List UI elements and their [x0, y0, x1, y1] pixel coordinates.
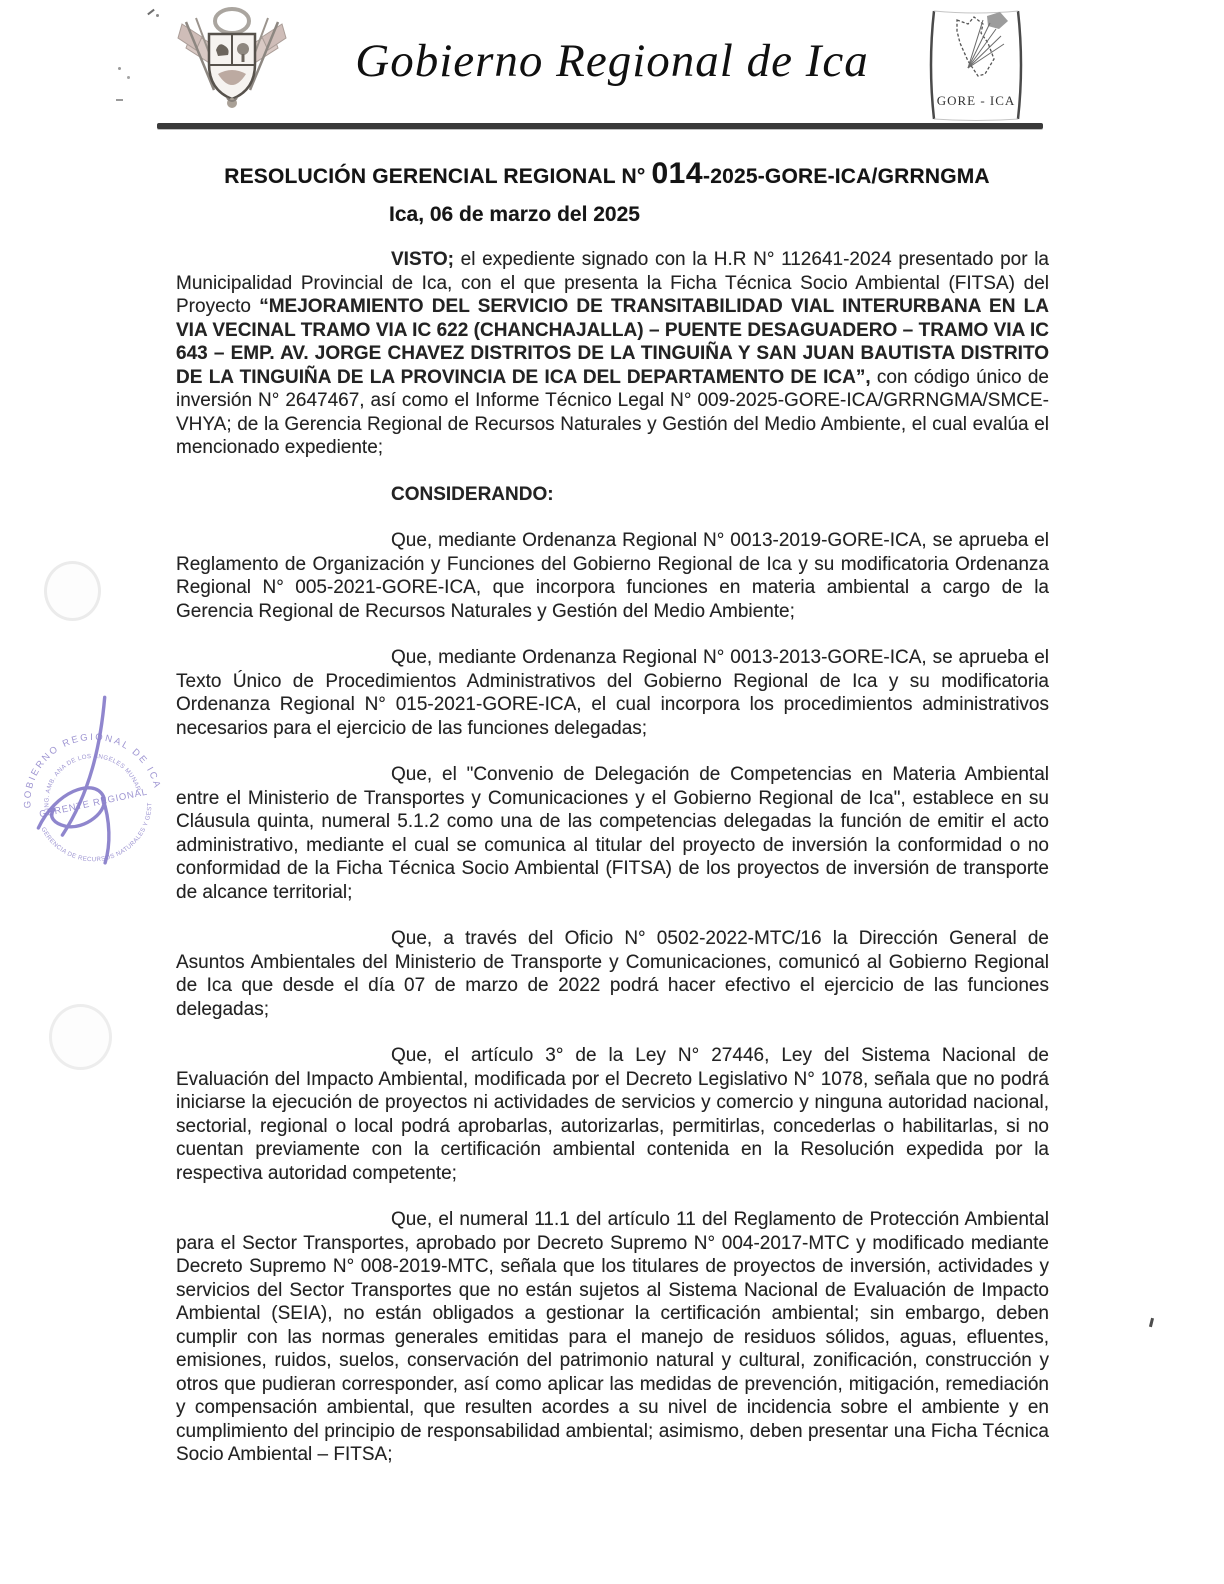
header-divider	[157, 123, 1043, 129]
resolution-title-suffix: -2025-GORE-ICA/GRRNGMA	[703, 165, 990, 188]
dateline: Ica, 06 de marzo del 2025	[389, 203, 640, 227]
resolution-number: 014	[651, 157, 703, 190]
official-stamp-signature: GOBIERNO REGIONAL DE ICA ING. AMB. ANA D…	[0, 690, 200, 913]
scan-speck	[1149, 1318, 1154, 1327]
punch-hole-shadow	[44, 561, 101, 621]
gore-ica-caption: GORE - ICA	[937, 93, 1016, 108]
scan-speck	[116, 99, 123, 101]
visto-paragraph: VISTO; el expediente signado con la H.R …	[176, 248, 1049, 460]
org-title: Gobierno Regional de Ica	[0, 34, 1224, 88]
considerando-paragraph-2: Que, mediante Ordenanza Regional N° 0013…	[176, 646, 1049, 740]
body-text: VISTO; el expediente signado con la H.R …	[176, 248, 1049, 1490]
scanned-resolution-page: Gobierno Regional de Ica GORE - ICA RESO…	[0, 0, 1224, 1584]
resolution-title-prefix: RESOLUCIÓN GERENCIAL REGIONAL N°	[224, 165, 651, 188]
resolution-title: RESOLUCIÓN GERENCIAL REGIONAL N° 014-202…	[167, 157, 1047, 191]
considerando-paragraph-4: Que, a través del Oficio N° 0502-2022-MT…	[176, 927, 1049, 1021]
gore-ica-emblem: GORE - ICA	[927, 8, 1025, 122]
considerando-paragraph-3: Que, el "Convenio de Delegación de Compe…	[176, 763, 1049, 904]
considerando-heading: CONSIDERANDO:	[176, 483, 1049, 507]
scan-speck	[156, 14, 159, 17]
considerando-paragraph-6: Que, el numeral 11.1 del artículo 11 del…	[176, 1208, 1049, 1467]
punch-hole-shadow	[49, 1004, 112, 1070]
scan-speck	[147, 9, 155, 16]
considerando-paragraph-1: Que, mediante Ordenanza Regional N° 0013…	[176, 529, 1049, 623]
scan-speck	[127, 76, 130, 79]
considerando-paragraph-5: Que, el artículo 3° de la Ley N° 27446, …	[176, 1044, 1049, 1185]
scan-speck	[118, 67, 121, 70]
